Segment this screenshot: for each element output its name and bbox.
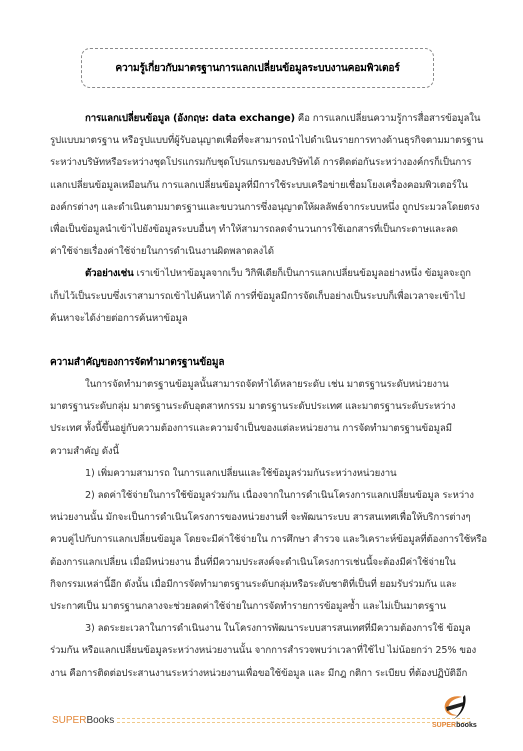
page-title: ความรู้เกี่ยวกับมาตรฐานการแลกเปลี่ยนข้อม… [115, 60, 399, 76]
document-body: การแลกเปลี่ยนข้อมูล (อังกฤษ: data exchan… [50, 108, 474, 685]
paragraph-line: รูปแบบมาตรฐาน หรือรูปแบบที่ผู้รับอนุญาตเ… [50, 130, 474, 152]
swoosh-logo-icon [440, 693, 468, 721]
paragraph-line: ร่วมกัน หรือแลกเปลี่ยนข้อมูลระหว่างหน่วย… [50, 640, 474, 662]
paragraph-line: ต้องการแลกเปลี่ยน เมื่อมีหน่วยงาน อื่นที… [50, 552, 474, 574]
example-bold: ตัวอย่างเช่น [85, 268, 134, 279]
paragraph-line: เพื่อเป็นข้อมูลนำเข้าไปยังข้อมูลระบบอื่น… [50, 219, 474, 241]
paragraph-line: กิจกรรมเหล่านี้อีก ดังนั้น เมื่อมีการจัด… [50, 574, 474, 596]
paragraph-line: งาน คือการติดต่อประสานงานระหว่างหน่วยงาน… [50, 663, 474, 685]
page-footer: SUPERBooks [52, 712, 474, 728]
section-heading: ความสำคัญของการจัดทำมาตรฐานข้อมูล [50, 352, 474, 374]
paragraph-line: ในการจัดทำมาตรฐานข้อมูลนั้นสามารถจัดทำได… [50, 374, 474, 396]
footer-divider [117, 718, 470, 723]
footer-brand: SUPERBooks [52, 715, 114, 726]
paragraph-line: ค้นหาจะได้ง่ายต่อการค้นหาข้อมูล [50, 308, 474, 330]
logo-wordmark: SUPERbooks [432, 722, 477, 729]
paragraph-line: ระหว่างบริษัทหรือระหว่างชุดโปรแกรมกับชุด… [50, 152, 474, 174]
paragraph-line: การแลกเปลี่ยนข้อมูล (อังกฤษ: data exchan… [50, 108, 474, 130]
paragraph-line: ประเทศ ทั้งนี้ขึ้นอยู่กับความต้องการและค… [50, 418, 474, 440]
paragraph-line: ค่าใช้จ่ายเรื่องค่าใช้จ่ายในการดำเนินงาน… [50, 241, 474, 263]
paragraph-line: เก็บไว้เป็นระบบซึ่งเราสามารถเข้าไปค้นหาไ… [50, 286, 474, 308]
paragraph-line: ตัวอย่างเช่น เราเข้าไปหาข้อมูลจากเว็บ วิ… [50, 263, 474, 285]
title-box: ความรู้เกี่ยวกับมาตรฐานการแลกเปลี่ยนข้อม… [81, 48, 434, 88]
paragraph-line: องค์กรต่างๆ และดำเนินตามมาตรฐานและขบวนกา… [50, 197, 474, 219]
paragraph-line: ควบคู่ไปกับการแลกเปลี่ยนข้อมูล โดยจะมีค่… [50, 529, 474, 551]
paragraph-line: ความสำคัญ ดังนี้ [50, 441, 474, 463]
term-bold: การแลกเปลี่ยนข้อมูล (อังกฤษ: data exchan… [85, 113, 295, 124]
paragraph-line: แลกเปลี่ยนข้อมูลเหมือนกัน การแลกเปลี่ยนข… [50, 175, 474, 197]
superbooks-logo: SUPERbooks [432, 693, 476, 733]
paragraph-line: มาตรฐานระดับกลุ่ม มาตรฐานระดับอุตสาหกรรม… [50, 396, 474, 418]
paragraph-line: ประกาศเป็น มาตรฐานกลางจะช่วยลดค่าใช้จ่าย… [50, 596, 474, 618]
list-item-1: 1) เพิ่มความสามารถ ในการแลกเปลี่ยนและใช้… [50, 463, 474, 485]
list-item-3: 3) ลดระยะเวลาในการดำเนินงาน ในโครงการพัฒ… [50, 618, 474, 640]
list-item-2: 2) ลดค่าใช้จ่ายในการใช้ข้อมูลร่วมกัน เนื… [50, 485, 474, 507]
paragraph-line: หน่วยงานนั้น มักจะเป็นการดำเนินโครงการขอ… [50, 507, 474, 529]
